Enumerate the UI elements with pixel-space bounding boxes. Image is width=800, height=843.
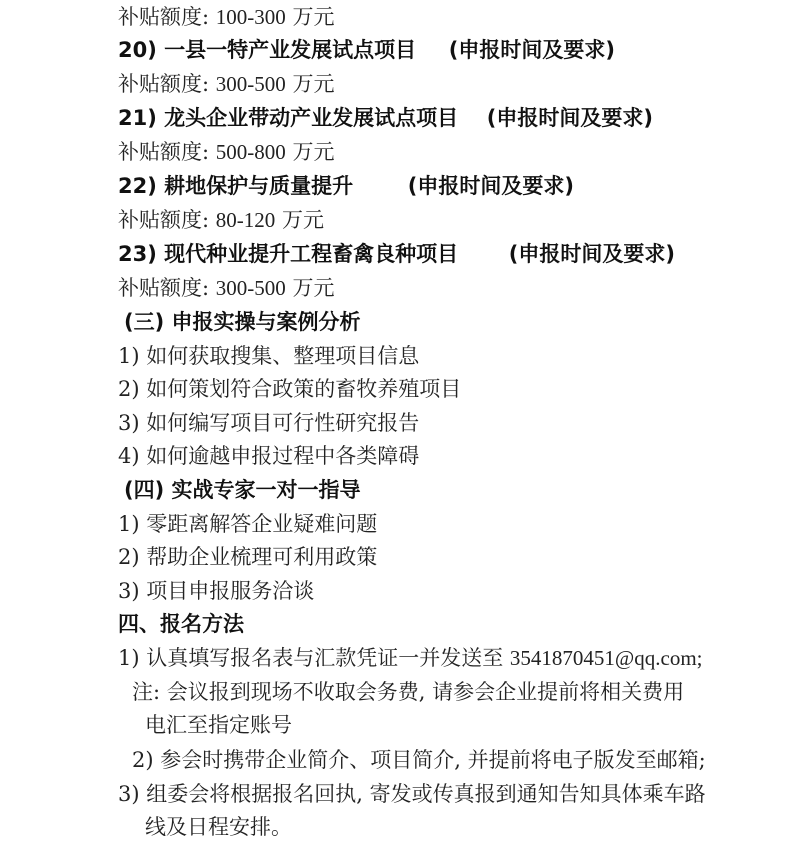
subsidy-line: 补贴额度: 80-120 万元 [118,206,324,234]
list-item: 2) 如何策划符合政策的畜牧养殖项目 [118,375,461,403]
subsidy-unit: 万元 [292,72,334,96]
registration-note: 电汇至指定账号 [145,711,292,739]
subsidy-line: 补贴额度: 500-800 万元 [118,138,334,166]
subsidy-value: 80-120 [216,208,276,232]
subsidy-value: 500-800 [216,140,286,164]
section-heading: 四、报名方法 [118,610,244,638]
subsidy-prefix: 补贴额度: [118,140,209,164]
subsidy-prefix: 补贴额度: [118,276,209,300]
project-heading: 22) 耕地保护与质量提升 (申报时间及要求) [118,172,574,200]
project-note: (申报时间及要求) [487,106,653,130]
project-title: 现代种业提升工程畜禽良种项目 [164,242,458,266]
subsidy-unit: 万元 [292,5,334,29]
project-heading: 20) 一县一特产业发展试点项目 (申报时间及要求) [118,36,615,64]
project-number: 23) [118,242,157,266]
subsidy-prefix: 补贴额度: [118,208,209,232]
list-item: 4) 如何逾越申报过程中各类障碍 [118,442,419,470]
registration-item-1: 1) 认真填写报名表与汇款凭证一并发送至 3541870451@qq.com; [118,644,703,672]
subsidy-unit: 万元 [292,276,334,300]
project-note: (申报时间及要求) [449,38,615,62]
list-item: 3) 如何编写项目可行性研究报告 [118,409,419,437]
registration-text: 1) 认真填写报名表与汇款凭证一并发送至 [118,646,503,670]
list-item: 2) 帮助企业梳理可利用政策 [118,543,377,571]
project-note: (申报时间及要求) [509,242,675,266]
project-heading: 23) 现代种业提升工程畜禽良种项目 (申报时间及要求) [118,240,675,268]
list-item: 3) 项目申报服务洽谈 [118,577,314,605]
registration-item-3: 3) 组委会将根据报名回执, 寄发或传真报到通知告知具体乘车路 [118,780,706,808]
project-title: 耕地保护与质量提升 [164,174,353,198]
project-title: 一县一特产业发展试点项目 [164,38,416,62]
list-item: 1) 零距离解答企业疑难问题 [118,510,377,538]
subsidy-value: 300-500 [216,72,286,96]
project-number: 20) [118,38,157,62]
email-address: 3541870451@qq.com; [510,646,703,670]
subsidy-value: 300-500 [216,276,286,300]
subsidy-line: 补贴额度: 300-500 万元 [118,274,334,302]
project-heading: 21) 龙头企业带动产业发展试点项目 (申报时间及要求) [118,104,653,132]
subsidy-line: 补贴额度: 300-500 万元 [118,70,334,98]
subsidy-unit: 万元 [282,208,324,232]
subsidy-prefix: 补贴额度: [118,72,209,96]
project-number: 21) [118,106,157,130]
project-title: 龙头企业带动产业发展试点项目 [164,106,458,130]
registration-item-3-cont: 线及日程安排。 [145,813,292,841]
subsidy-unit: 万元 [292,140,334,164]
project-number: 22) [118,174,157,198]
list-item: 1) 如何获取搜集、整理项目信息 [118,342,419,370]
registration-item-2: 2) 参会时携带企业简介、项目简介, 并提前将电子版发至邮箱; [132,746,706,774]
section-heading: (三) 申报实操与案例分析 [124,308,361,336]
section-heading: (四) 实战专家一对一指导 [124,476,361,504]
registration-note: 注: 会议报到现场不收取会务费, 请参会企业提前将相关费用 [132,678,684,706]
subsidy-prefix: 补贴额度: [118,5,209,29]
subsidy-line: 补贴额度: 100-300 万元 [118,3,334,31]
project-note: (申报时间及要求) [408,174,574,198]
subsidy-value: 100-300 [216,5,286,29]
